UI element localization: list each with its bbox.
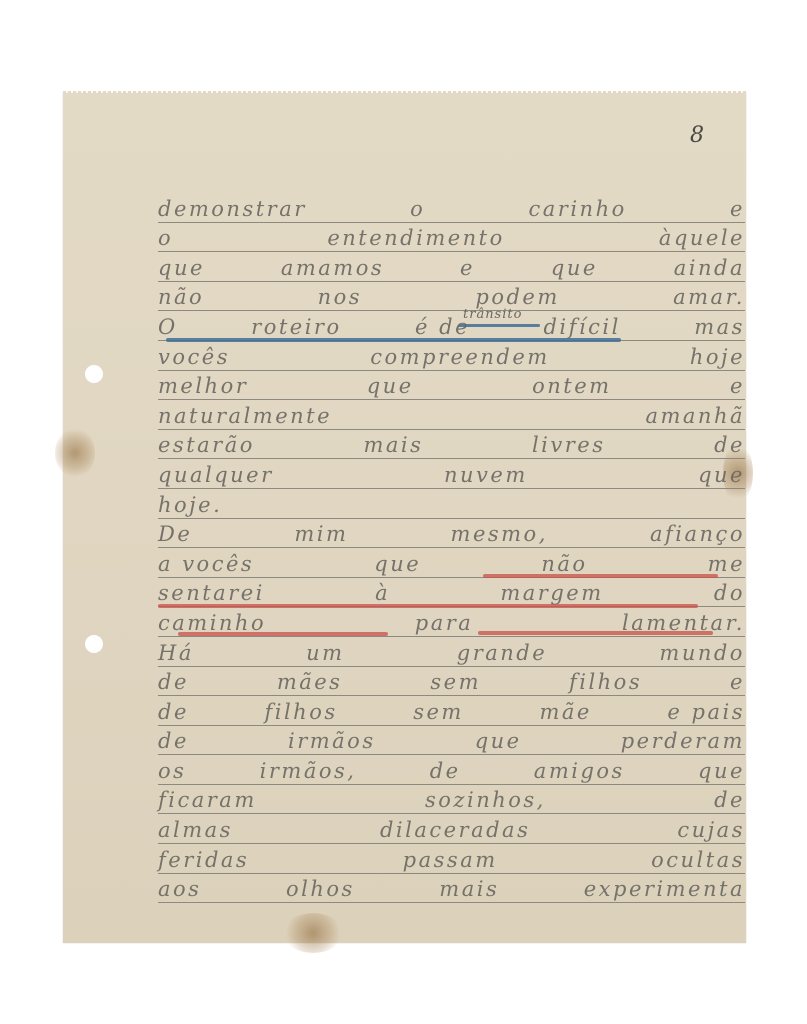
text-line: feridaspassamocultas [158,844,745,874]
line-words: feridaspassamocultas [158,848,745,872]
red-underline [478,631,713,635]
line-words: deirmãosqueperderam [158,729,745,753]
text-line: trânsito Oroteiroé dedifícilmas [158,311,745,341]
line-words: demonstrarocarinhoe [158,197,745,221]
text-line: qualquernuvemque [158,459,745,489]
line-words: demãessemfilhose [158,670,745,694]
text-line: deirmãosqueperderam [158,726,745,756]
text-line: demãessemfilhose [158,667,745,697]
line-words: estarãomaislivresde [158,433,745,457]
line-words: hoje. [158,493,745,517]
text-line: vocêscompreendemhoje [158,341,745,371]
stain-bottom [283,913,343,953]
text-line: sentareiàmargemdo [158,578,745,608]
line-words: almasdilaceradascujas [158,818,745,842]
text-line: ficaramsozinhos,de [158,785,745,815]
text-line: demonstrarocarinhoe [158,193,745,223]
text-line: estarãomaislivresde [158,430,745,460]
manuscript-page: 8 demonstrarocarinhoe oentendimentoàquel… [63,93,746,943]
line-words: sentareiàmargemdo [158,581,745,605]
line-words: vocêscompreendemhoje [158,345,745,369]
line-words: aosolhosmaisexperimenta [158,877,745,901]
line-words: nãonospodemamar. [158,285,745,309]
text-line: queamamosequeainda [158,252,745,282]
text-line: hoje. [158,489,745,519]
line-words: queamamosequeainda [158,256,745,280]
text-line: caminhoparalamentar. [158,607,745,637]
stain-left [55,428,95,478]
text-line: Demimmesmo,afianço [158,519,745,549]
text-line: melhorqueonteme [158,371,745,401]
text-line: nãonospodemamar. [158,282,745,312]
handwritten-text: demonstrarocarinhoe oentendimentoàquele … [158,193,745,903]
punch-hole-top [85,365,103,383]
line-words: melhorqueonteme [158,374,745,398]
page-number: 8 [690,123,704,148]
text-line: a vocêsquenãome [158,548,745,578]
text-line: aosolhosmaisexperimenta [158,874,745,904]
text-line: naturalmenteamanhã [158,400,745,430]
line-words: Demimmesmo,afianço [158,522,745,546]
line-words: a vocêsquenãome [158,552,745,576]
line-words: Oroteiroé dedifícilmas [158,315,745,339]
line-words: ficaramsozinhos,de [158,788,745,812]
text-line: Háumgrandemundo [158,637,745,667]
red-underline [178,632,388,636]
text-line: oentendimentoàquele [158,223,745,253]
line-words: Háumgrandemundo [158,641,745,665]
line-words: oentendimentoàquele [158,226,745,250]
punch-hole-bottom [85,635,103,653]
text-line: almasdilaceradascujas [158,814,745,844]
line-words: qualquernuvemque [158,463,745,487]
line-words: naturalmenteamanhã [158,404,745,428]
line-words: defilhossemmãee pais [158,700,745,724]
text-line: osirmãos,deamigosque [158,755,745,785]
line-words: osirmãos,deamigosque [158,759,745,783]
text-line: defilhossemmãee pais [158,696,745,726]
